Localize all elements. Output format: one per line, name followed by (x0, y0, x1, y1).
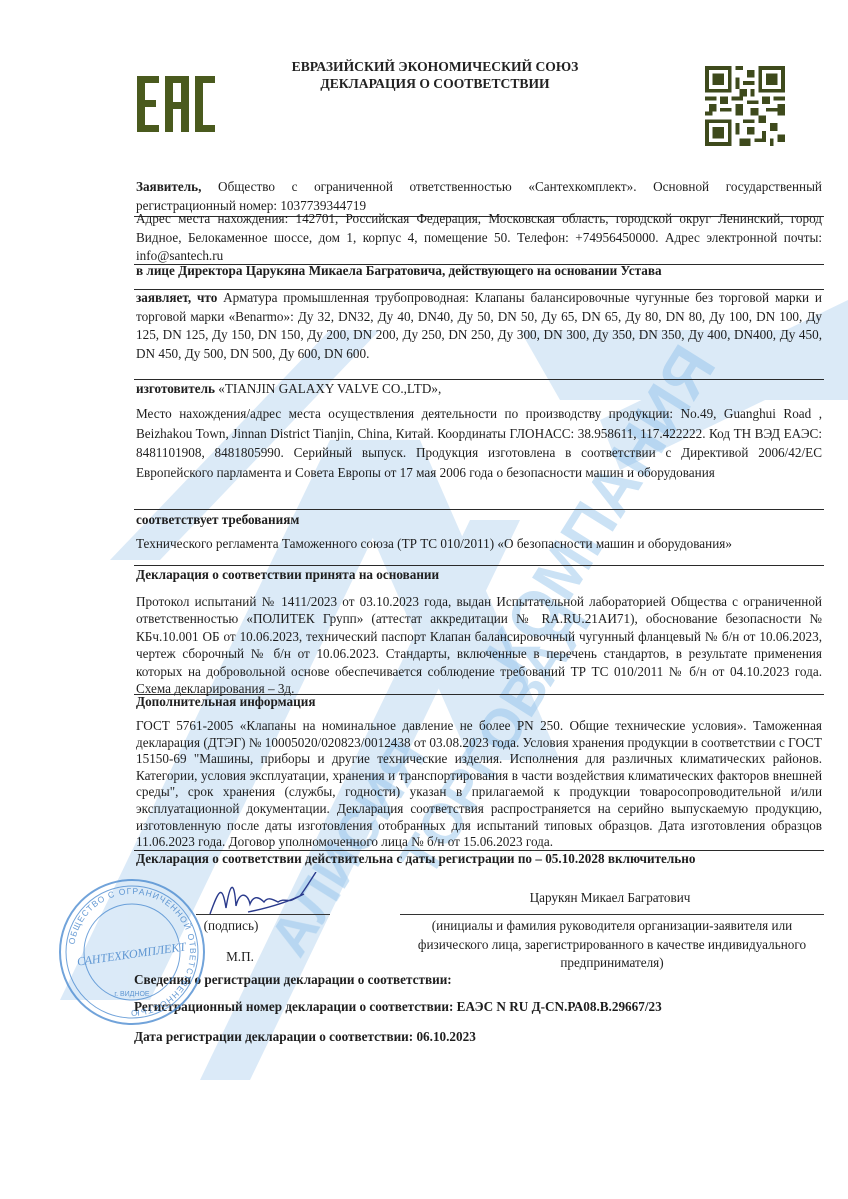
validity-text: Декларация о соответствии действительна … (136, 850, 822, 869)
basis-text: Протокол испытаний № 1411/2023 от 03.10.… (136, 593, 822, 697)
document-title: ЕВРАЗИЙСКИЙ ЭКОНОМИЧЕСКИЙ СОЮЗ ДЕКЛАРАЦИ… (230, 58, 640, 92)
applicant-label: Заявитель, (136, 179, 201, 194)
name-caption: (инициалы и фамилия руководителя организ… (412, 917, 812, 973)
company-seal-icon: ОБЩЕСТВО С ОГРАНИЧЕННОЙ ОТВЕТСТВЕННОСТЬЮ… (58, 878, 206, 1026)
manufacturer-label: изготовитель (136, 381, 215, 396)
declaration-title: ДЕКЛАРАЦИЯ О СООТВЕТСТВИИ (230, 75, 640, 92)
svg-text:г. ВИДНОЕ: г. ВИДНОЕ (114, 991, 150, 998)
applicant-text: Общество с ограниченной ответственностью… (136, 179, 822, 213)
divider (134, 509, 824, 510)
svg-text:САНТЕХКОМПЛЕКТ: САНТЕХКОМПЛЕКТ (76, 939, 188, 968)
manufacturer-details: Место нахождения/адрес места осуществлен… (136, 404, 822, 482)
basis-label: Декларация о соответствии принята на осн… (136, 566, 822, 585)
additional-text: ГОСТ 5761-2005 «Клапаны на номинальное д… (136, 718, 822, 851)
applicant-address: Адрес места нахождения: 142701, Российск… (136, 210, 822, 266)
additional-label: Дополнительная информация (136, 693, 822, 712)
declares-text: Арматура промышленная трубопроводная: Кл… (136, 290, 822, 361)
registration-title: Сведения о регистрации декларации о соот… (134, 971, 820, 990)
registration-number: Регистрационный номер декларации о соотв… (134, 998, 820, 1017)
name-line (400, 914, 824, 915)
manufacturer-name: «TIANJIN GALAXY VALVE CO.,LTD», (215, 381, 441, 396)
qr-code-icon[interactable] (703, 66, 787, 146)
signer-name: Царукян Микаел Багратович (400, 889, 820, 908)
applicant-representative: в лице Директора Царукяна Микаела Баграт… (136, 262, 822, 281)
handwritten-signature (208, 872, 318, 922)
declares-label: заявляет, что (136, 290, 217, 305)
declares-section: заявляет, что Арматура промышленная труб… (136, 289, 822, 363)
declaration-page: ЕВРАЗИЙСКИЙ ЭКОНОМИЧЕСКИЙ СОЮЗ ДЕКЛАРАЦИ… (0, 0, 848, 1199)
eac-logo-icon (137, 76, 215, 132)
manufacturer-heading: изготовитель «TIANJIN GALAXY VALVE CO.,L… (136, 380, 822, 399)
union-name: ЕВРАЗИЙСКИЙ ЭКОНОМИЧЕСКИЙ СОЮЗ (230, 58, 640, 75)
conforms-label: соответствует требованиям (136, 511, 822, 530)
registration-date: Дата регистрации декларации о соответств… (134, 1028, 820, 1047)
seal-caption: М.П. (220, 948, 260, 967)
conforms-text: Технического регламента Таможенного союз… (136, 535, 822, 554)
